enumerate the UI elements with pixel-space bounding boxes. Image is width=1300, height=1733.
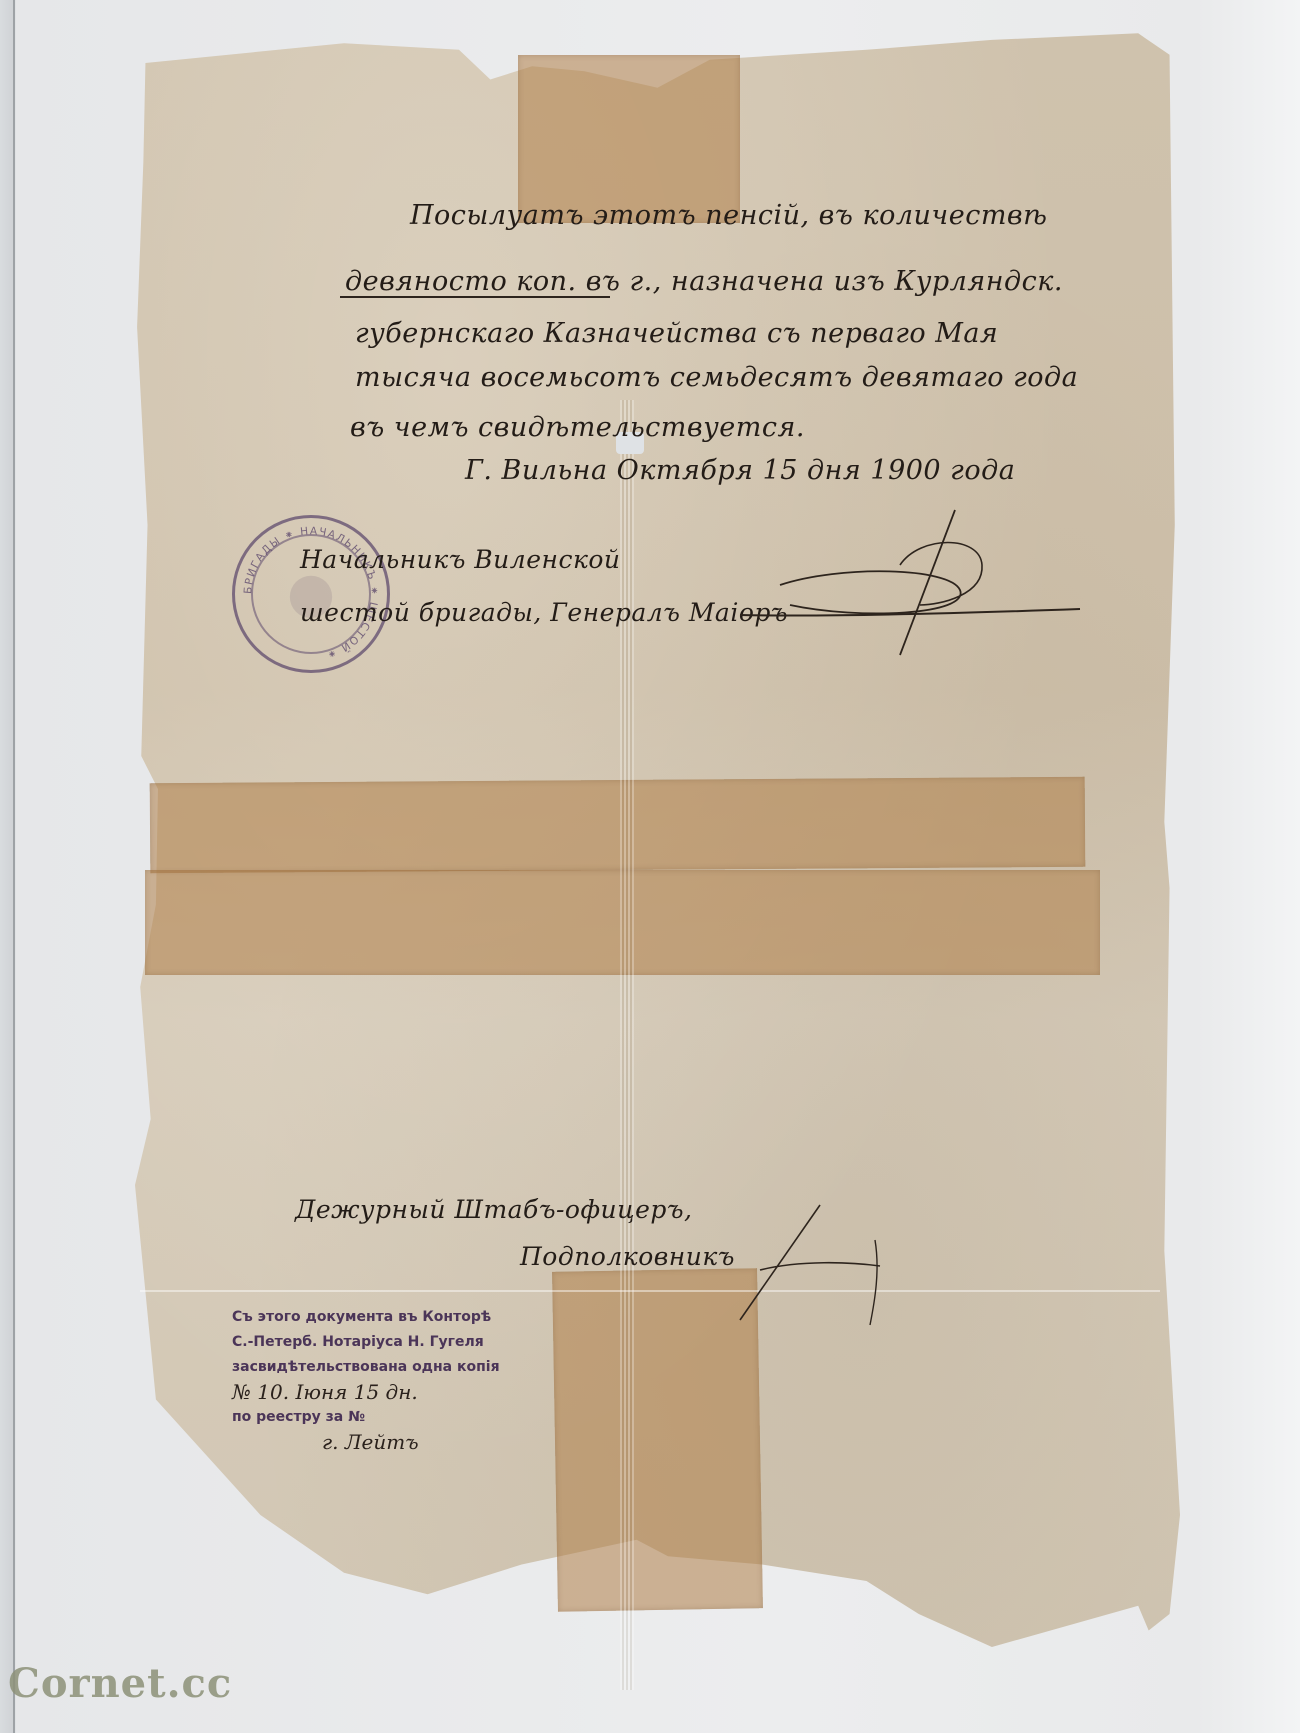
body-line-2: девяносто коп. въ г., назначена изъ Курл… [345,266,1063,297]
notary-line-3: засвидѣтельствована одна копія [232,1355,562,1380]
tape-top [518,55,740,223]
body-line-4: тысяча восемьсотъ семьдесятъ девятаго го… [355,362,1078,393]
duty-officer-title: Дежурный Штабъ-офицеръ, [295,1195,693,1224]
signature-title-line-2: шестой бригады, Генералъ Маіоръ [300,598,788,627]
body-line-1: Посылуатъ этотъ пенсій, въ количествѣ [410,200,1047,231]
watermark-logo: Cornet.cc [8,1660,232,1707]
body-line-5: въ чемъ свидѣтельствуется. [350,412,805,443]
notary-line-1: Съ этого документа въ Конторѣ [232,1305,562,1330]
vertical-fold-crease [620,400,634,1690]
background-panel-edge [13,0,15,1733]
signature-flourish-2 [700,1200,900,1330]
tape-middle-upper [150,777,1086,874]
horizontal-fold-crease [140,1290,1160,1292]
body-line-3: губернскаго Казначейства съ перваго Мая [355,318,998,349]
underline [340,296,610,298]
date-line: Г. Вильна Октября 15 дня 1900 года [465,455,1015,486]
notary-line-6: г. Лейтъ [232,1430,562,1455]
signature-flourish-1 [720,505,1090,665]
round-stamp: БРИГАДЫ ⁕ НАЧАЛЬНИКЪ ⁕ ШЕСТОЙ ⁕ [232,515,390,673]
notary-stamp: Съ этого документа въ Конторѣ С.-Петерб.… [232,1305,562,1455]
notary-line-4: № 10. Іюня 15 дн. [232,1380,562,1405]
signature-title-line-1: Начальникъ Виленской [300,545,621,574]
round-stamp-text: БРИГАДЫ ⁕ НАЧАЛЬНИКЪ ⁕ ШЕСТОЙ ⁕ [235,518,387,670]
notary-line-5: по реестру за № [232,1405,562,1430]
notary-line-2: С.-Петерб. Нотаріуса Н. Гугеля [232,1330,562,1355]
